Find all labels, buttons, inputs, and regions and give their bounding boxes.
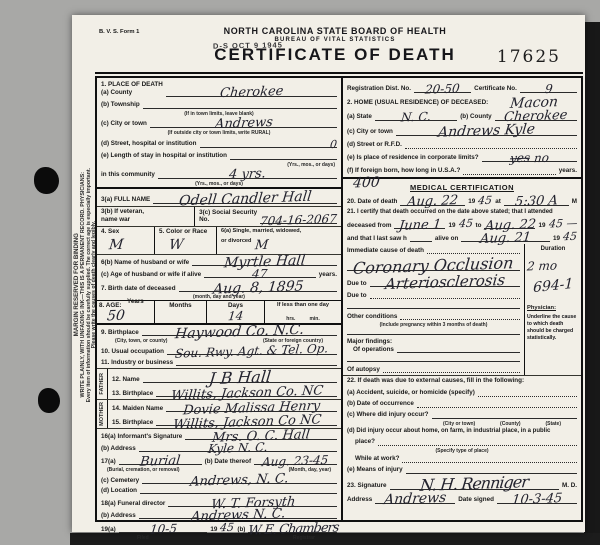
- field-father-birthplace: 13. Birthplace Willits, Jackson Co. NC: [108, 385, 341, 399]
- corporate-limits-value: no: [533, 153, 549, 164]
- hole-punch: [38, 388, 60, 413]
- date-signed-value: 10-3-45: [511, 493, 562, 506]
- filed-label: 19(a): [101, 526, 116, 534]
- mother-side-label: MOTHER: [99, 402, 105, 426]
- date-of-death-label: 20. Date of death: [347, 198, 397, 206]
- certno-label: Certificate No.: [474, 85, 517, 93]
- field-22c: (c) Where did injury occur?: [343, 410, 581, 421]
- spouse-age-value: 47: [252, 269, 268, 280]
- field-community-stay: in this community 4 yrs.: [97, 168, 341, 181]
- father-side-label: FATHER: [99, 373, 105, 395]
- saw-year: 45: [562, 232, 577, 242]
- field-sex: 4. Sex M: [97, 227, 155, 254]
- header-rule: [95, 72, 583, 74]
- dod-19: 19: [468, 198, 475, 206]
- ssn-value: 704-16-2067: [260, 214, 338, 228]
- age-less-label: If less than one day: [277, 302, 329, 309]
- bureau-subtitle: BUREAU OF VITAL STATISTICS: [165, 37, 505, 43]
- field-length-of-stay: (e) Length of stay in hospital or instit…: [97, 150, 341, 162]
- filed-year-value: 45: [220, 523, 235, 533]
- field-birthplace: 9. Birthplace Haywood Co. N.C.: [97, 325, 341, 338]
- form-code: B. V. S. Form 1: [99, 29, 139, 36]
- community-label: in this community: [101, 171, 155, 179]
- street-value: 0: [329, 140, 337, 150]
- birthdate-label: 7. Birth date of deceased: [101, 285, 176, 293]
- disposal-value: Burial: [139, 455, 180, 468]
- spouse-label: 6(b) Name of husband or wife: [101, 259, 189, 267]
- field-22b: (b) Date of occurrence: [343, 399, 581, 410]
- major-findings-row: Major findings: Of operations: [343, 337, 524, 355]
- full-name-value: Odell Candler Hall: [178, 191, 312, 208]
- field-home-rfd: (d) Street or R.F.D.: [343, 138, 581, 151]
- sex-value: M: [108, 238, 124, 251]
- accident-label: (a) Accident, suicide, or homicide (spec…: [347, 389, 475, 397]
- father-name-label: 12. Name: [112, 376, 140, 384]
- street-label: (d) Street, hospital or institution: [101, 140, 197, 148]
- field-township: (b) Township: [97, 99, 341, 111]
- field-filed: 19(a) 10-5 1945 (b) W. E. Chambers: [97, 521, 341, 535]
- physician-address-value: Andrews: [383, 492, 447, 507]
- due-to-2-row: Due to: [343, 289, 524, 301]
- informant-label: 16(a) Informant's Signature: [101, 433, 182, 441]
- filed-note: Filed: [137, 535, 149, 541]
- regdist-label: Registration Dist. No.: [347, 85, 411, 93]
- father-group: FATHER 12. Name J B Hall 13. Birthplace …: [97, 368, 341, 399]
- certify-text-1: 21. I certify that death occurred on the…: [347, 209, 553, 216]
- age-years-value: 50: [106, 309, 125, 322]
- city-value: Andrews: [214, 117, 273, 131]
- field-industry: 11. Industry or business: [97, 357, 341, 368]
- disposal-date-label: (b) Date thereof: [205, 458, 252, 466]
- from-year: 45: [458, 219, 473, 229]
- ssn-label-2: No.: [199, 216, 257, 224]
- physician-note-title: Physician:: [527, 305, 556, 312]
- medical-certification-title: MEDICAL CERTIFICATION: [410, 183, 514, 192]
- duration-value: 2 mo: [526, 261, 557, 273]
- hole-punch: [34, 167, 59, 194]
- disposal-label: 17(a): [101, 458, 116, 466]
- director-address-label: (b) Address: [101, 512, 136, 520]
- marital-label: 6(a) Single, married, widowed,: [221, 228, 301, 235]
- filed-b-label: (b): [237, 526, 245, 534]
- form-body: 1. PLACE OF DEATH (a) County Cherokee (b…: [95, 76, 583, 522]
- birthplace-label: 9. Birthplace: [101, 329, 139, 337]
- certificate-title: CERTIFICATE OF DEATH: [165, 45, 505, 65]
- field-city-of-death: (c) City or town Andrews: [97, 117, 341, 130]
- attended-from-value: June 1: [398, 219, 441, 232]
- cause-of-death-block: Immediate cause of death Coronary Occlus…: [343, 244, 581, 376]
- home-state-value: N. C.: [400, 112, 431, 124]
- field-occupation: 10. Usual occupation Sou. Rwy. Agt. & Te…: [97, 344, 341, 357]
- disposal-date-value: Aug. 23-45: [262, 455, 329, 468]
- occupation-label: 10. Usual occupation: [101, 348, 164, 356]
- field-22a: (a) Accident, suicide, or homicide (spec…: [343, 387, 581, 399]
- certificate-header: B. V. S. Form 1 D-S OCT 9 1945 NORTH CAR…: [95, 23, 583, 76]
- home-state-label: (a) State: [347, 113, 372, 121]
- filed-date-value: 10-5: [149, 524, 177, 536]
- birthdate-value: Aug. 8, 1895: [212, 280, 304, 296]
- left-column: 1. PLACE OF DEATH (a) County Cherokee (b…: [97, 78, 343, 520]
- field-home-state-county: (a) State N. C. (b) County Cherokee: [343, 109, 581, 123]
- section-22-label: 22. If death was due to external causes,…: [347, 377, 524, 385]
- registrar-signature: W. E. Chambers: [247, 522, 339, 537]
- backdrop-right-edge: [584, 22, 600, 545]
- code-400: 400: [352, 177, 380, 191]
- due-to-1-row: Due to Arteriosclerosis: [343, 273, 524, 289]
- corporate-limits-label: (e) Is place of residence in corporate l…: [347, 154, 479, 162]
- spouse-age-unit: years.: [319, 271, 337, 279]
- community-value: 4 yrs.: [228, 169, 266, 182]
- sex-race-marital-row: 4. Sex M 5. Color or Race W 6(a) Single,…: [97, 226, 341, 254]
- field-spouse-name: 6(b) Name of husband or wife Myrtle Hall: [97, 254, 341, 268]
- informant-address-label: (b) Address: [101, 445, 136, 453]
- veteran-label-2: name war: [101, 216, 144, 224]
- injury-place-label-2: place?: [355, 438, 375, 446]
- age-cell: 8. AGE: 50: [97, 301, 155, 323]
- field-funeral-director: 18(a) Funeral director W. T. Forsyth: [97, 496, 341, 509]
- dod-m: M: [572, 198, 577, 206]
- age-cell-days: Days 14: [207, 301, 265, 323]
- regdist-value: 20-50: [425, 84, 461, 96]
- photo-backdrop: MARGIN RESERVED FOR BINDING WRITE PLAINL…: [0, 0, 600, 545]
- stay-label: (e) Length of stay in hospital or instit…: [101, 152, 227, 160]
- other-conditions-row: Other conditions: [343, 311, 524, 322]
- field-informant: 16(a) Informant's Signature Mrs. O. C. H…: [97, 428, 341, 442]
- physician-note-text: Underline the cause to which death shoul…: [527, 314, 579, 342]
- right-column: Registration Dist. No. 20-50 Certificate…: [343, 78, 581, 520]
- field-22d-line2: place?: [343, 437, 581, 448]
- field-place-of-death: 1. PLACE OF DEATH (a) County Cherokee: [97, 78, 341, 99]
- full-name-label: 3(a) FULL NAME: [101, 196, 150, 204]
- blank-rule-row-2: [343, 328, 524, 337]
- field-home-city: (c) City or town Andrews Kyle: [343, 123, 581, 138]
- field-22d-line1: (d) Did injury occur about home, on farm…: [343, 427, 581, 437]
- field-father-name: 12. Name J B Hall: [108, 369, 341, 385]
- duration-physician-strip: Duration 2 mo 694-1 Physician: Underline…: [524, 244, 581, 375]
- mother-birthplace-label: 15. Birthplace: [112, 419, 153, 427]
- township-label: (b) Township: [101, 101, 140, 109]
- to-19: 19: [538, 222, 545, 230]
- date-signed-label: Date signed: [458, 496, 494, 504]
- dod-year: 45: [478, 196, 493, 206]
- field-home-residence: 2. HOME (USUAL RESIDENCE) OF DECEASED: M…: [343, 95, 581, 109]
- race-label: 5. Color or Race: [159, 228, 207, 236]
- injury-place-label: (d) Did injury occur about home, on farm…: [347, 428, 550, 435]
- birthplace-value: Haywood Co. N.C.: [174, 323, 304, 340]
- age-min-label: min.: [309, 316, 319, 322]
- to-year: 45 —: [548, 219, 578, 230]
- field-mother-birthplace: 15. Birthplace Willits, Jackson Co NC: [108, 414, 341, 428]
- margin-binding-note: MARGIN RESERVED FOR BINDING: [73, 125, 80, 445]
- of-autopsy-row: Of autopsy: [343, 364, 524, 375]
- dod-at: at: [495, 198, 501, 206]
- mother-name-label: 14. Maiden Name: [112, 405, 163, 413]
- corporate-limits-struck-value: yes: [509, 153, 530, 165]
- cemetery-label: (c) Cemetery: [101, 477, 139, 485]
- father-name-value: J B Hall: [208, 370, 272, 387]
- certify-to-label: to: [476, 222, 482, 230]
- age-days-value: 14: [227, 311, 243, 322]
- field-while-at-work: While at work?: [343, 454, 581, 465]
- saw-19: 19: [553, 235, 560, 243]
- field-informant-address: (b) Address Kyle N. C.: [97, 442, 341, 454]
- field-street-institution: (d) Street, hospital or institution 0: [97, 136, 341, 150]
- age-months-label: Months: [169, 302, 191, 310]
- certify-from-label: deceased from: [347, 222, 391, 230]
- board-title: NORTH CAROLINA STATE BOARD OF HEALTH: [165, 26, 505, 36]
- other-conditions-label: Other conditions: [347, 313, 397, 321]
- medical-certification-header: 400 MEDICAL CERTIFICATION: [343, 179, 581, 194]
- field-date-of-death: 20. Date of death Aug. 22 1945 at 5:30 A…: [343, 194, 581, 208]
- father-birthplace-label: 13. Birthplace: [112, 390, 153, 398]
- veteran-label: 3(b) If veteran,: [101, 208, 144, 216]
- means-of-injury-label: (e) Means of injury: [347, 466, 403, 474]
- date-of-death-value: Aug. 22: [407, 195, 459, 209]
- county-label: (a) County: [101, 89, 163, 97]
- blank-rule-row: [343, 301, 524, 311]
- physician-signature-label: 23. Signature: [347, 482, 387, 490]
- age-cell-less-than-day: If less than one day hrs. min.: [265, 301, 341, 323]
- foreign-born-label: (f) If foreign born, how long in U.S.A.?: [347, 167, 460, 175]
- field-birth-date: 7. Birth date of deceased Aug. 8, 1895: [97, 280, 341, 294]
- veteran-ssn-row: 3(b) If veteran, name war 3(c) Social Se…: [97, 206, 341, 226]
- serial-number: 17625: [497, 47, 561, 67]
- of-autopsy-label: Of autopsy: [347, 366, 380, 374]
- certify-line-3: and that I last saw h alive on Aug. 21 1…: [343, 231, 581, 244]
- field-full-name: 3(a) FULL NAME Odell Candler Hall: [97, 189, 341, 206]
- occurrence-date-label: (b) Date of occurrence: [347, 400, 414, 408]
- home-county-label: (b) County: [460, 113, 491, 121]
- dod-time: 5:30 A: [514, 196, 558, 209]
- certify-line-2: deceased from June 1 1945 to Aug. 22 194…: [343, 218, 581, 231]
- from-19: 19: [448, 222, 455, 230]
- home-label: 2. HOME (USUAL RESIDENCE) OF DECEASED:: [347, 99, 488, 107]
- age-years-label: Years: [127, 298, 144, 306]
- major-findings-label: Major findings:: [347, 338, 394, 346]
- marital-value: M: [254, 240, 269, 252]
- field-marital-status: 6(a) Single, married, widowed, or divorc…: [217, 227, 341, 254]
- injury-where-label: (c) Where did injury occur?: [347, 411, 429, 419]
- field-director-address: (b) Address Andrews N. C.: [97, 509, 341, 521]
- duration-header: Duration: [541, 246, 566, 253]
- industry-label: 11. Industry or business: [101, 359, 173, 367]
- field-disposal: 17(a) Burial (b) Date thereof Aug. 23-45: [97, 454, 341, 467]
- md-suffix: M. D.: [562, 482, 577, 490]
- race-value: W: [168, 238, 184, 251]
- cause-code-value: 694-1: [533, 278, 574, 295]
- alive-on-label: alive on: [435, 235, 458, 243]
- home-city-label: (c) City or town: [347, 128, 393, 136]
- mother-group: MOTHER 14. Maiden Name Dovie Malissa Hen…: [97, 399, 341, 428]
- section1-label: 1. PLACE OF DEATH: [101, 81, 163, 89]
- field-physician-signature: 23. Signature N. H. Renniger M. D.: [343, 476, 581, 492]
- due-to-1-label: Due to: [347, 280, 367, 288]
- field-veteran: 3(b) If veteran, name war: [97, 207, 195, 226]
- sex-label: 4. Sex: [101, 228, 119, 236]
- section-22-row: 22. If death was due to external causes,…: [343, 376, 581, 387]
- due-to-2-label: Due to: [347, 292, 367, 300]
- field-spouse-age: (c) Age of husband or wife if alive 47 y…: [97, 268, 341, 280]
- mother-side-cell: MOTHER: [97, 400, 108, 428]
- marital-label-2: or divorced: [221, 238, 251, 245]
- ssn-label: 3(c) Social Security: [199, 209, 257, 217]
- while-at-work-label: While at work?: [355, 455, 399, 463]
- field-corporate-limits: (e) Is place of residence in corporate l…: [343, 151, 581, 164]
- spouse-age-label: (c) Age of husband or wife if alive: [101, 271, 201, 279]
- last-saw-label: and that I last saw h: [347, 235, 407, 243]
- blank-rule-row-3: [343, 355, 524, 364]
- of-operations-label: Of operations: [353, 346, 394, 354]
- location-label: (d) Location: [101, 487, 137, 495]
- home-rfd-label: (d) Street or R.F.D.: [347, 141, 402, 149]
- field-physician-address: Address Andrews Date signed 10-3-45: [343, 492, 581, 506]
- city-label: (c) City or town: [101, 120, 147, 128]
- field-ssn: 3(c) Social Security No. 704-16-2067: [195, 207, 341, 226]
- field-cemetery-location: (d) Location: [97, 486, 341, 496]
- foreign-born-unit: years.: [559, 167, 577, 175]
- immediate-cause-label: Immediate cause of death: [347, 247, 424, 255]
- field-race: 5. Color or Race W: [155, 227, 217, 254]
- field-cemetery: (c) Cemetery Andrews, N. C.: [97, 473, 341, 486]
- death-certificate-document: MARGIN RESERVED FOR BINDING WRITE PLAINL…: [72, 15, 585, 532]
- physician-address-label: Address: [347, 496, 372, 504]
- funeral-director-label: 18(a) Funeral director: [101, 500, 165, 508]
- filed-19: 19: [210, 526, 217, 534]
- last-saw-value: Aug. 21: [480, 232, 532, 246]
- age-cell-months: Months: [155, 301, 207, 323]
- field-registration-district: Registration Dist. No. 20-50 Certificate…: [343, 78, 581, 95]
- father-side-cell: FATHER: [97, 369, 108, 399]
